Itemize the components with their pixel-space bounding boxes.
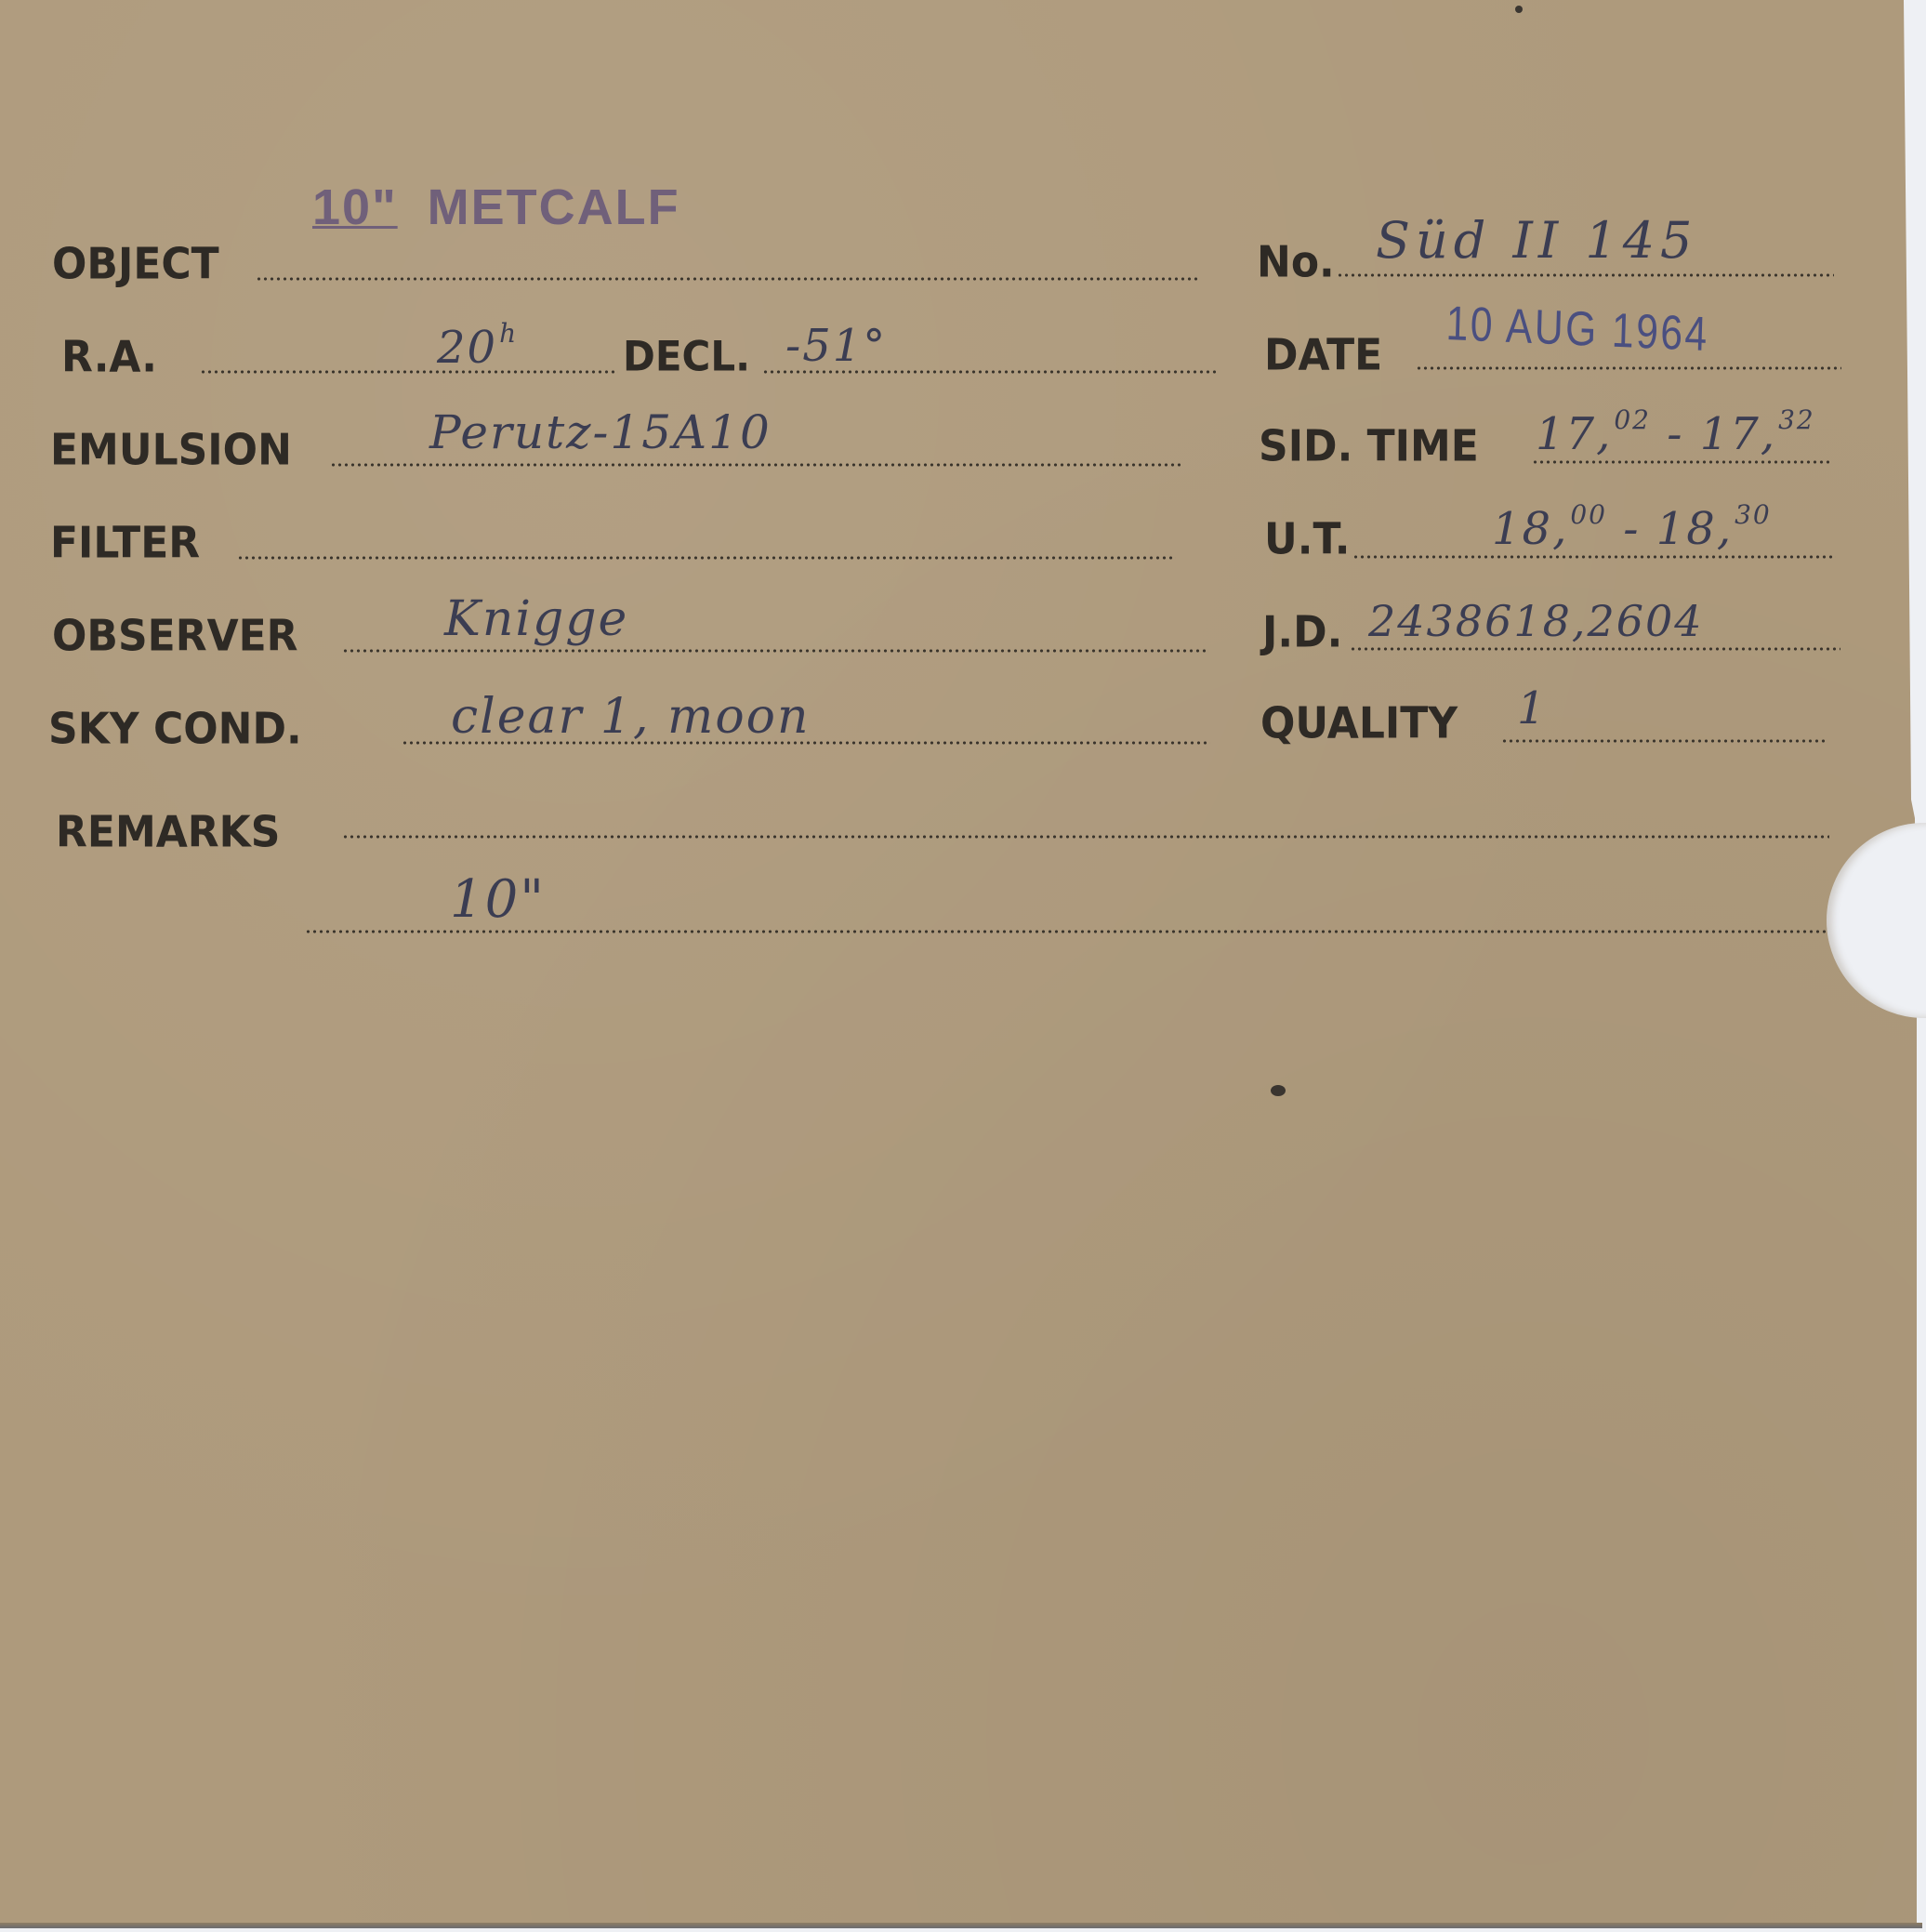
sky-cond-label: SKY COND. xyxy=(48,708,302,751)
emulsion-value: Perutz-15A10 xyxy=(429,409,772,456)
date-label: DATE xyxy=(1264,335,1382,377)
observer-value: Knigge xyxy=(444,595,628,643)
jd-value: 2438618,2604 xyxy=(1368,600,1704,642)
date-stamp: 10 AUG 1964 xyxy=(1445,299,1709,359)
ut-value: 18,00 - 18,30 xyxy=(1492,502,1772,551)
ra-value: 20h xyxy=(437,321,518,370)
quality-line[interactable] xyxy=(1501,739,1827,743)
emulsion-label: EMULSION xyxy=(50,430,292,472)
no-label: No. xyxy=(1257,242,1335,285)
paper-bottom-edge xyxy=(0,1923,1922,1928)
date-line[interactable] xyxy=(1416,366,1841,370)
remarks-line-1[interactable] xyxy=(342,835,1829,839)
ink-speck xyxy=(1271,1085,1286,1096)
no-line[interactable] xyxy=(1337,273,1834,277)
quality-label: QUALITY xyxy=(1260,703,1458,746)
emulsion-line[interactable] xyxy=(330,463,1181,467)
quality-value: 1 xyxy=(1517,686,1548,731)
telescope-stamp: 10"METCALF xyxy=(312,182,680,232)
observer-label: OBSERVER xyxy=(52,615,298,658)
plate-envelope: 10"METCALF OBJECT R.A. 20h DECL. -51° EM… xyxy=(0,0,1917,1926)
object-label: OBJECT xyxy=(52,244,219,286)
no-value: Süd II 145 xyxy=(1376,216,1697,266)
ra-label: R.A. xyxy=(61,337,157,379)
object-line[interactable] xyxy=(256,277,1199,281)
ut-label: U.T. xyxy=(1264,519,1351,562)
ra-line[interactable] xyxy=(200,370,618,374)
filter-label: FILTER xyxy=(50,523,200,565)
sid-time-label: SID. TIME xyxy=(1259,426,1479,469)
telescope-size: 10" xyxy=(312,179,398,235)
sky-cond-value: clear 1, moon xyxy=(451,693,810,741)
sid-time-value: 17,02 - 17,32 xyxy=(1536,407,1815,457)
decl-value: -51° xyxy=(785,324,887,368)
jd-line[interactable] xyxy=(1350,647,1840,651)
sid-time-line[interactable] xyxy=(1532,460,1829,464)
decl-label: DECL. xyxy=(623,337,750,377)
remarks-line-2[interactable] xyxy=(305,930,1829,933)
ut-line[interactable] xyxy=(1352,555,1836,559)
remarks-label: REMARKS xyxy=(56,812,280,854)
observer-line[interactable] xyxy=(342,649,1208,653)
ink-speck xyxy=(1515,6,1523,13)
remarks-value: 10" xyxy=(450,874,546,926)
filter-line[interactable] xyxy=(237,556,1176,560)
telescope-name: METCALF xyxy=(428,179,680,235)
jd-label: J.D. xyxy=(1262,612,1342,655)
